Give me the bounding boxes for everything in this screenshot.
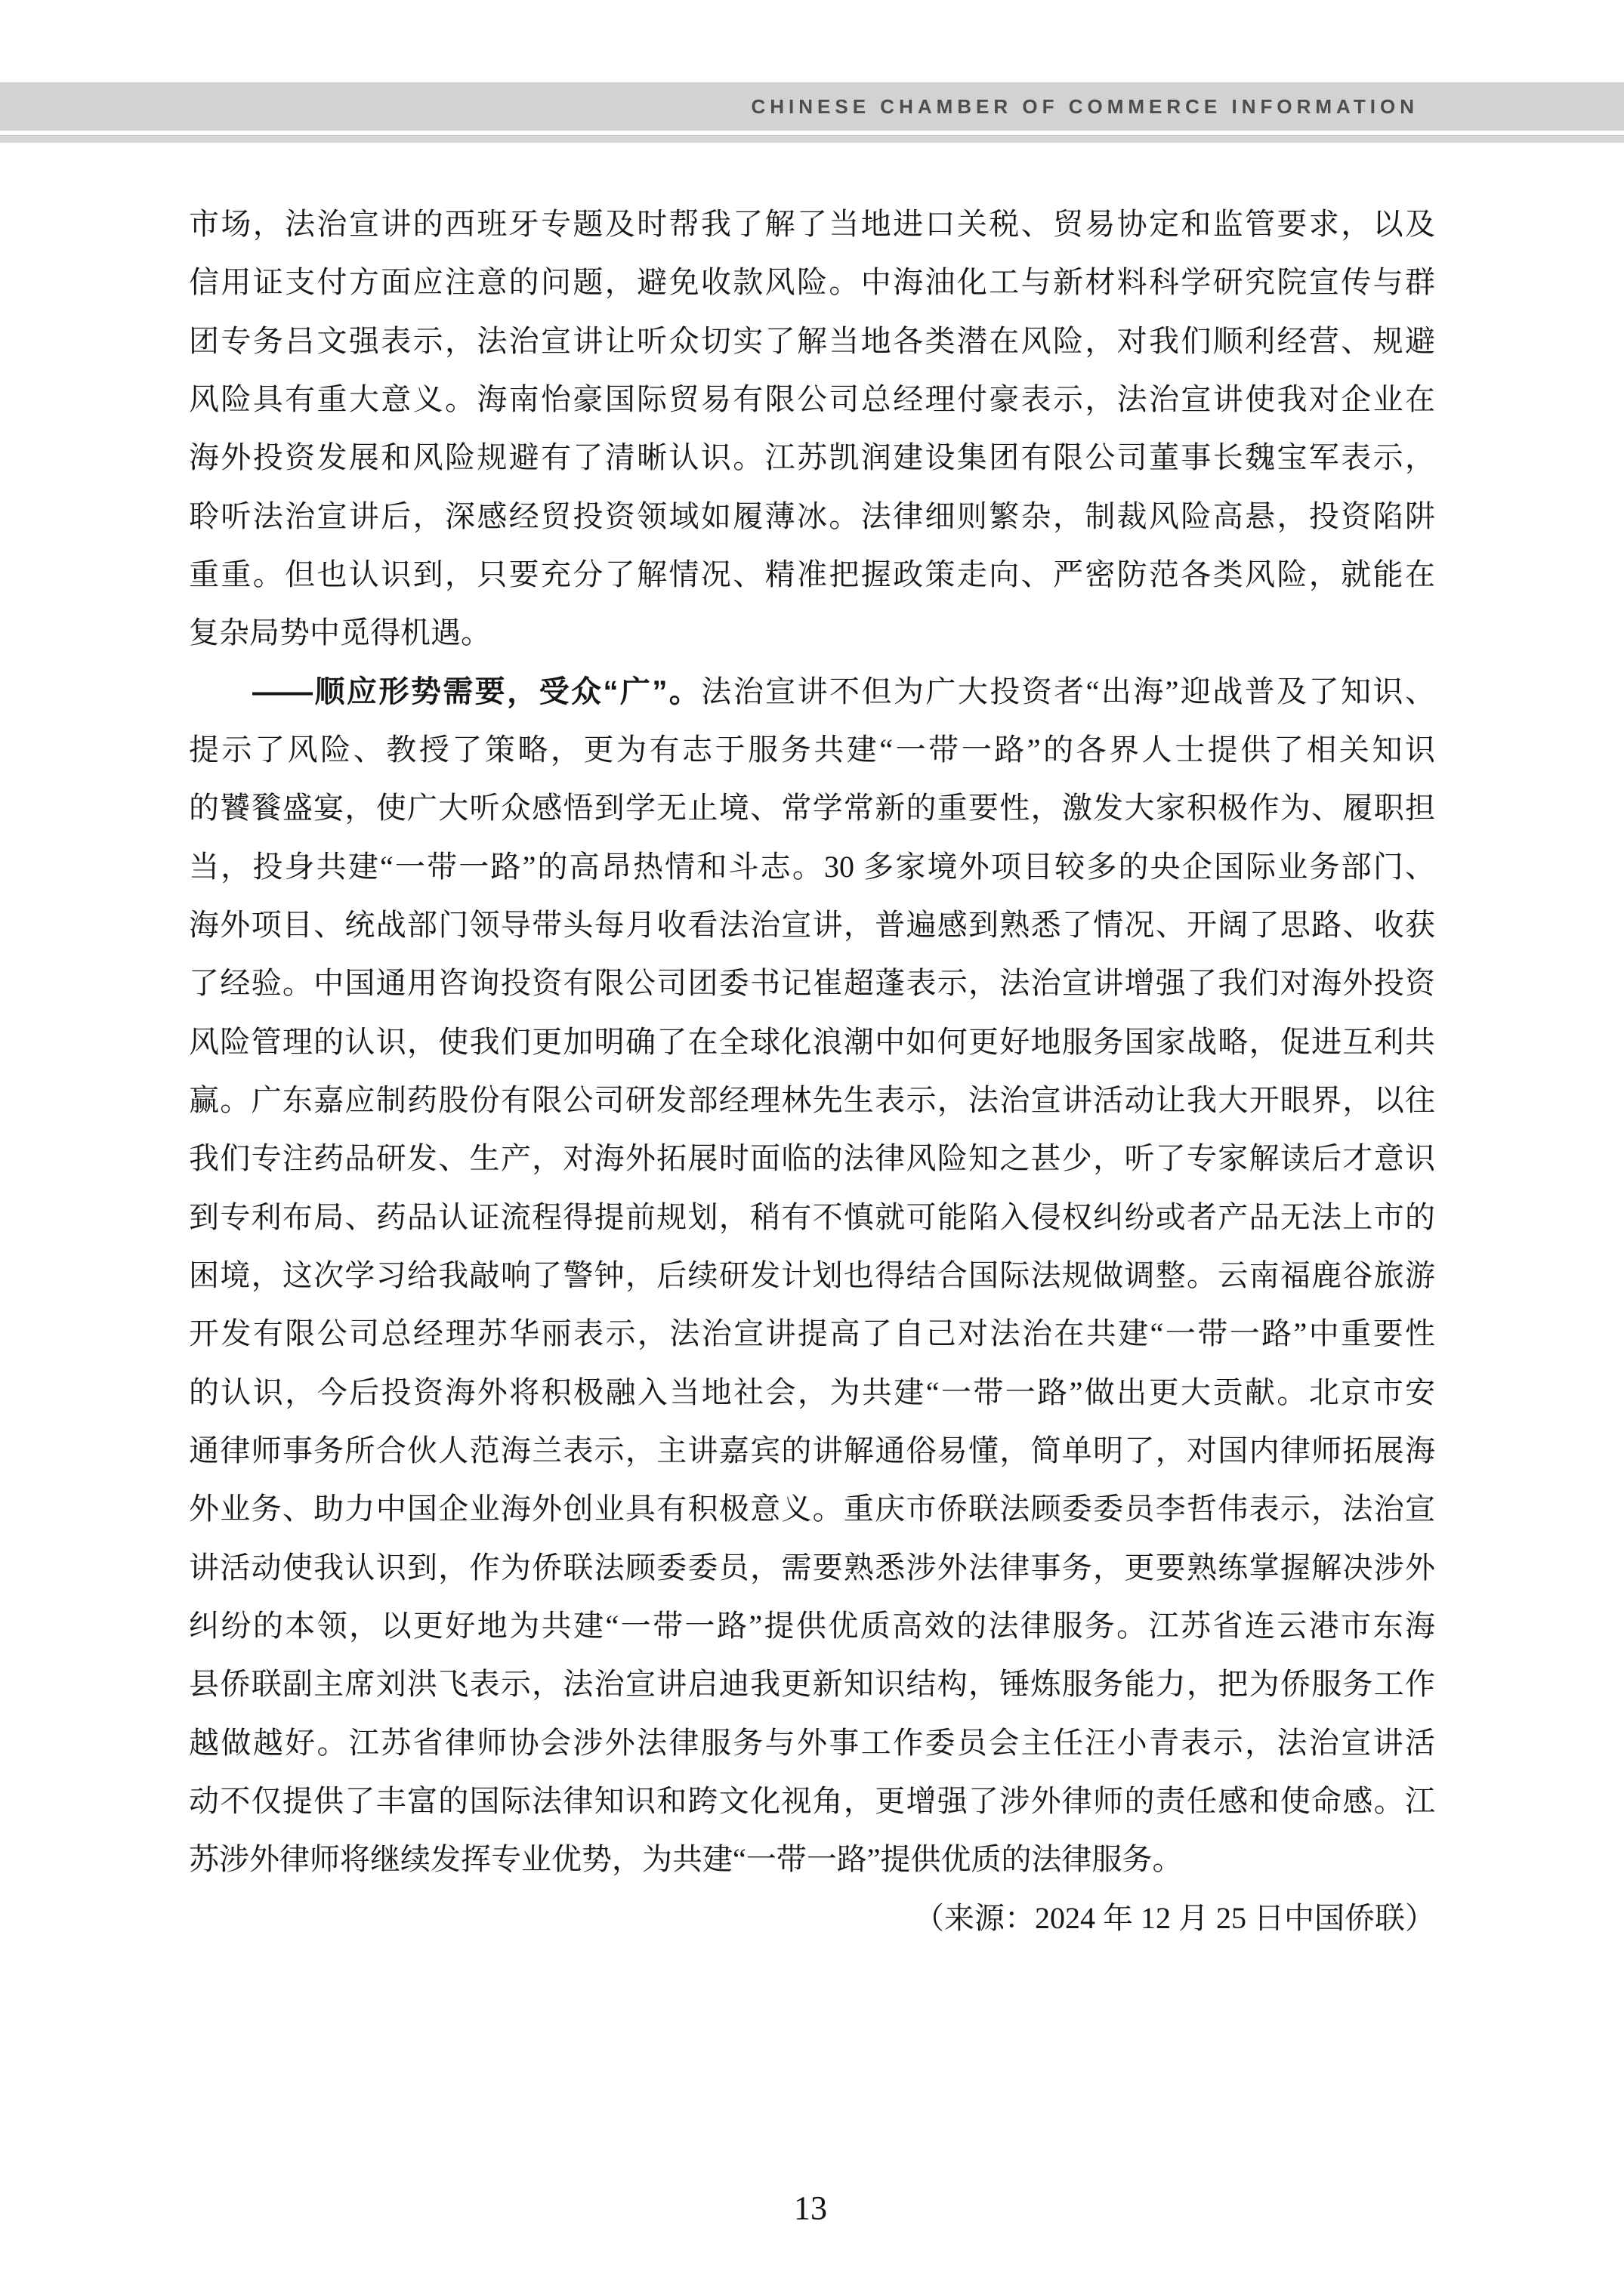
text-run: 提示了风险、教授了策略，更为有志于服务共建“一带一路”的各界人士提供了相关知识 xyxy=(189,733,1435,767)
text-line: 到专利布局、药品认证流程得提前规划，稍有不慎就可能陷入侵权纠纷或者产品无法上市的 xyxy=(189,1188,1435,1246)
text-run: 县侨联副主席刘洪飞表示，法治宣讲启迪我更新知识结构，锤炼服务能力，把为侨服务工作 xyxy=(189,1667,1435,1701)
paragraph-lead-bold: ——顺应形势需要，受众“广”。 xyxy=(252,675,701,708)
text-line: 的饕餮盛宴，使广大听众感悟到学无止境、常学常新的重要性，激发大家积极作为、履职担 xyxy=(189,779,1435,837)
header-banner-text: CHINESE CHAMBER OF COMMERCE INFORMATION xyxy=(0,82,1624,131)
text-run: 聆听法治宣讲后，深感经贸投资领域如履薄冰。法律细则繁杂，制裁风险高悬，投资陷阱 xyxy=(189,499,1435,533)
text-run: 困境，这次学习给我敲响了警钟，后续研发计划也得结合国际法规做调整。云南福鹿谷旅游 xyxy=(189,1258,1435,1292)
text-run: 的认识，今后投资海外将积极融入当地社会，为共建“一带一路”做出更大贡献。北京市安 xyxy=(189,1375,1435,1409)
text-run: 讲活动使我认识到，作为侨联法顾委委员，需要熟悉涉外法律事务，更要熟练掌握解决涉外 xyxy=(189,1551,1435,1585)
text-line: 赢。广东嘉应制药股份有限公司研发部经理林先生表示，法治宣讲活动让我大开眼界，以往 xyxy=(189,1071,1435,1129)
body-text: 市场，法治宣讲的西班牙专题及时帮我了解了当地进口关税、贸易协定和监管要求，以及信… xyxy=(189,195,1435,1947)
text-run: 复杂局势中觅得机遇。 xyxy=(189,616,491,650)
text-line: 困境，这次学习给我敲响了警钟，后续研发计划也得结合国际法规做调整。云南福鹿谷旅游 xyxy=(189,1246,1435,1304)
text-run: 海外投资发展和风险规避有了清晰认识。江苏凯润建设集团有限公司董事长魏宝军表示， xyxy=(189,440,1435,474)
text-line: 讲活动使我认识到，作为侨联法顾委委员，需要熟悉涉外法律事务，更要熟练掌握解决涉外 xyxy=(189,1538,1435,1597)
text-run: 海外项目、统战部门领导带头每月收看法治宣讲，普遍感到熟悉了情况、开阔了思路、收获 xyxy=(189,908,1435,942)
text-run: 市场，法治宣讲的西班牙专题及时帮我了解了当地进口关税、贸易协定和监管要求，以及 xyxy=(189,207,1435,241)
text-line: （来源：2024 年 12 月 25 日中国侨联） xyxy=(189,1889,1435,1947)
text-run: 通律师事务所合伙人范海兰表示，主讲嘉宾的讲解通俗易懂，简单明了，对国内律师拓展海 xyxy=(189,1434,1435,1467)
text-run: （来源：2024 年 12 月 25 日中国侨联） xyxy=(914,1901,1435,1935)
text-run: 了经验。中国通用咨询投资有限公司团委书记崔超蓬表示，法治宣讲增强了我们对海外投资 xyxy=(189,966,1435,1000)
text-run: 越做越好。江苏省律师协会涉外法律服务与外事工作委员会主任汪小青表示，法治宣讲活 xyxy=(189,1726,1435,1760)
text-run: 赢。广东嘉应制药股份有限公司研发部经理林先生表示，法治宣讲活动让我大开眼界，以往 xyxy=(189,1083,1435,1117)
text-line: 了经验。中国通用咨询投资有限公司团委书记崔超蓬表示，法治宣讲增强了我们对海外投资 xyxy=(189,954,1435,1012)
text-line: 通律师事务所合伙人范海兰表示，主讲嘉宾的讲解通俗易懂，简单明了，对国内律师拓展海 xyxy=(189,1421,1435,1480)
text-run: 的饕餮盛宴，使广大听众感悟到学无止境、常学常新的重要性，激发大家积极作为、履职担 xyxy=(189,791,1435,825)
text-run: 风险具有重大意义。海南怡豪国际贸易有限公司总经理付豪表示，法治宣讲使我对企业在 xyxy=(189,382,1435,416)
text-line: 团专务吕文强表示，法治宣讲让听众切实了解当地各类潜在风险，对我们顺利经营、规避 xyxy=(189,312,1435,370)
text-run: 风险管理的认识，使我们更加明确了在全球化浪潮中如何更好地服务国家战略，促进互利共 xyxy=(189,1025,1435,1059)
text-line: 复杂局势中觅得机遇。 xyxy=(189,603,1435,662)
text-line: 海外项目、统战部门领导带头每月收看法治宣讲，普遍感到熟悉了情况、开阔了思路、收获 xyxy=(189,896,1435,954)
text-line: 县侨联副主席刘洪飞表示，法治宣讲启迪我更新知识结构，锤炼服务能力，把为侨服务工作 xyxy=(189,1655,1435,1713)
text-line: 动不仅提供了丰富的国际法律知识和跨文化视角，更增强了涉外律师的责任感和使命感。江 xyxy=(189,1772,1435,1830)
page-number: 13 xyxy=(0,2189,1621,2227)
text-run: 动不仅提供了丰富的国际法律知识和跨文化视角，更增强了涉外律师的责任感和使命感。江 xyxy=(189,1784,1435,1818)
text-run: 纠纷的本领，以更好地为共建“一带一路”提供优质高效的法律服务。江苏省连云港市东海 xyxy=(189,1609,1435,1643)
text-run: 我们专注药品研发、生产，对海外拓展时面临的法律风险知之甚少，听了专家解读后才意识 xyxy=(189,1141,1435,1175)
text-run: 信用证支付方面应注意的问题，避免收款风险。中海油化工与新材料科学研究院宣传与群 xyxy=(189,265,1435,299)
text-line: 重重。但也认识到，只要充分了解情况、精准把握政策走向、严密防范各类风险，就能在 xyxy=(189,545,1435,603)
text-line: 的认识，今后投资海外将积极融入当地社会，为共建“一带一路”做出更大贡献。北京市安 xyxy=(189,1363,1435,1421)
text-line: 越做越好。江苏省律师协会涉外法律服务与外事工作委员会主任汪小青表示，法治宣讲活 xyxy=(189,1714,1435,1772)
text-run: 外业务、助力中国企业海外创业具有积极意义。重庆市侨联法顾委委员李哲伟表示，法治宣 xyxy=(189,1492,1435,1526)
text-line: 信用证支付方面应注意的问题，避免收款风险。中海油化工与新材料科学研究院宣传与群 xyxy=(189,253,1435,311)
document-page: CHINESE CHAMBER OF COMMERCE INFORMATION … xyxy=(0,0,1624,2293)
text-line: ——顺应形势需要，受众“广”。法治宣讲不但为广大投资者“出海”迎战普及了知识、 xyxy=(189,662,1435,721)
text-line: 外业务、助力中国企业海外创业具有积极意义。重庆市侨联法顾委委员李哲伟表示，法治宣 xyxy=(189,1480,1435,1538)
text-run: 当，投身共建“一带一路”的高昂热情和斗志。30 多家境外项目较多的央企国际业务部… xyxy=(189,850,1435,884)
text-run: 法治宣讲不但为广大投资者“出海”迎战普及了知识、 xyxy=(701,674,1435,708)
text-line: 聆听法治宣讲后，深感经贸投资领域如履薄冰。法律细则繁杂，制裁风险高悬，投资陷阱 xyxy=(189,487,1435,545)
text-run: 到专利布局、药品认证流程得提前规划，稍有不慎就可能陷入侵权纠纷或者产品无法上市的 xyxy=(189,1200,1435,1234)
text-run: 苏涉外律师将继续发挥专业优势，为共建“一带一路”提供优质的法律服务。 xyxy=(189,1842,1183,1876)
text-line: 风险管理的认识，使我们更加明确了在全球化浪潮中如何更好地服务国家战略，促进互利共 xyxy=(189,1013,1435,1071)
text-line: 苏涉外律师将继续发挥专业优势，为共建“一带一路”提供优质的法律服务。 xyxy=(189,1830,1435,1888)
text-run: 团专务吕文强表示，法治宣讲让听众切实了解当地各类潜在风险，对我们顺利经营、规避 xyxy=(189,324,1435,358)
text-line: 纠纷的本领，以更好地为共建“一带一路”提供优质高效的法律服务。江苏省连云港市东海 xyxy=(189,1597,1435,1655)
text-line: 风险具有重大意义。海南怡豪国际贸易有限公司总经理付豪表示，法治宣讲使我对企业在 xyxy=(189,370,1435,428)
text-run: 开发有限公司总经理苏华丽表示，法治宣讲提高了自己对法治在共建“一带一路”中重要性 xyxy=(189,1316,1435,1350)
text-run: 重重。但也认识到，只要充分了解情况、精准把握政策走向、严密防范各类风险，就能在 xyxy=(189,557,1435,591)
text-line: 海外投资发展和风险规避有了清晰认识。江苏凯润建设集团有限公司董事长魏宝军表示， xyxy=(189,428,1435,486)
text-line: 当，投身共建“一带一路”的高昂热情和斗志。30 多家境外项目较多的央企国际业务部… xyxy=(189,838,1435,896)
text-line: 提示了风险、教授了策略，更为有志于服务共建“一带一路”的各界人士提供了相关知识 xyxy=(189,721,1435,779)
text-line: 开发有限公司总经理苏华丽表示，法治宣讲提高了自己对法治在共建“一带一路”中重要性 xyxy=(189,1304,1435,1363)
header-band: CHINESE CHAMBER OF COMMERCE INFORMATION xyxy=(0,82,1624,131)
header-rule xyxy=(0,135,1624,143)
text-line: 市场，法治宣讲的西班牙专题及时帮我了解了当地进口关税、贸易协定和监管要求，以及 xyxy=(189,195,1435,253)
text-line: 我们专注药品研发、生产，对海外拓展时面临的法律风险知之甚少，听了专家解读后才意识 xyxy=(189,1129,1435,1187)
